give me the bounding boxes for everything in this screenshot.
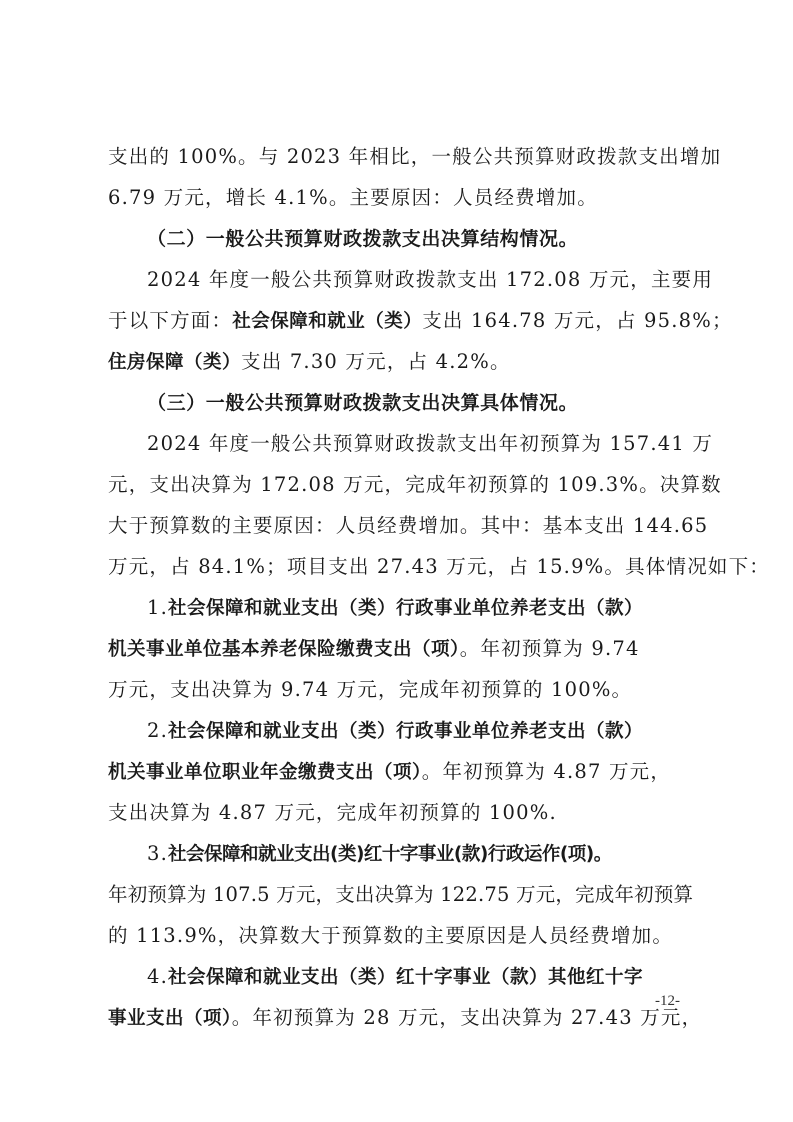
text: 的 113.9%，决算数大于预算数的主要原因是人员经费增加。 xyxy=(108,924,673,947)
text-line: 万元，支出决算为 9.74 万元，完成年初预算的 100%。 xyxy=(108,675,688,705)
bold-text: 社会保障和就业（类） xyxy=(232,311,422,332)
text-line: 万元，占 84.1%；项目支出 27.43 万元，占 15.9%。具体情况如下： xyxy=(108,552,688,582)
bold-text: 事业支出（项） xyxy=(108,1008,232,1029)
text: 元，支出决算为 172.08 万元，完成年初预算的 109.3%。决算数 xyxy=(108,473,722,496)
text: 万元，支出决算为 9.74 万元，完成年初预算的 100%。 xyxy=(108,678,632,701)
text-line: 6.79 万元，增长 4.1%。主要原因：人员经费增加。 xyxy=(108,183,688,213)
text-line: 支出的 100%。与 2023 年相比，一般公共预算财政拨款支出增加 xyxy=(108,142,688,172)
text: 支出的 100%。与 2023 年相比，一般公共预算财政拨款支出增加 xyxy=(108,145,721,168)
bold-text: 社会保障和就业支出（类）行政事业单位养老支出（款） xyxy=(168,598,643,619)
text-line: 于以下方面：社会保障和就业（类）支出 164.78 万元，占 95.8%； xyxy=(108,306,688,336)
text-line: 年初预算为 107.5 万元，支出决算为 122.75 万元，完成年初预算 xyxy=(108,880,688,910)
text: 2024 年度一般公共预算财政拨款支出 172.08 万元，主要用 xyxy=(147,268,713,291)
list-item-2: 2.社会保障和就业支出（类）行政事业单位养老支出（款） xyxy=(108,716,727,746)
text: 万元，占 84.1%；项目支出 27.43 万元，占 15.9%。具体情况如下： xyxy=(108,555,770,578)
text: 。年初预算为 9.74 xyxy=(460,637,640,660)
item-number: 2. xyxy=(147,719,168,742)
bold-text: 机关事业单位基本养老保险缴费支出（项） xyxy=(108,639,460,660)
text-line: 的 113.9%，决算数大于预算数的主要原因是人员经费增加。 xyxy=(108,921,688,951)
text-line: 事业支出（项）。年初预算为 28 万元，支出决算为 27.43 万元， xyxy=(108,1003,688,1033)
text-line: 大于预算数的主要原因：人员经费增加。其中：基本支出 144.65 xyxy=(108,511,688,541)
text: 支出 7.30 万元，占 4.2%。 xyxy=(241,350,511,373)
page-number: -12- xyxy=(655,993,680,1010)
text-line: 2024 年度一般公共预算财政拨款支出 172.08 万元，主要用 xyxy=(108,265,727,295)
section-heading-2: （二）一般公共预算财政拨款支出决算结构情况。 xyxy=(108,224,727,254)
text: 支出决算为 4.87 万元，完成年初预算的 100%. xyxy=(108,801,557,824)
bold-text: 社会保障和就业支出(类)红十字事业(款)行政运作(项)。 xyxy=(168,844,612,865)
text: 大于预算数的主要原因：人员经费增加。其中：基本支出 144.65 xyxy=(108,514,708,537)
bold-text: 社会保障和就业支出（类）行政事业单位养老支出（款） xyxy=(168,721,643,742)
bold-text: 社会保障和就业支出（类）红十字事业（款）其他红十字 xyxy=(168,967,643,988)
heading-text: （二）一般公共预算财政拨款支出决算结构情况。 xyxy=(147,228,578,250)
bold-text: 机关事业单位职业年金缴费支出（项） xyxy=(108,762,422,783)
text-line: 支出决算为 4.87 万元，完成年初预算的 100%. xyxy=(108,798,688,828)
item-number: 4. xyxy=(147,965,168,988)
section-heading-3: （三）一般公共预算财政拨款支出决算具体情况。 xyxy=(108,388,727,418)
bold-text: 住房保障（类） xyxy=(108,352,241,373)
text-line: 机关事业单位基本养老保险缴费支出（项）。年初预算为 9.74 xyxy=(108,634,688,664)
list-item-3: 3.社会保障和就业支出(类)红十字事业(款)行政运作(项)。 xyxy=(108,839,727,869)
text: 年初预算为 107.5 万元，支出决算为 122.75 万元，完成年初预算 xyxy=(108,883,693,906)
list-item-4: 4.社会保障和就业支出（类）红十字事业（款）其他红十字 xyxy=(108,962,727,992)
item-number: 1. xyxy=(147,596,168,619)
list-item-1: 1.社会保障和就业支出（类）行政事业单位养老支出（款） xyxy=(108,593,727,623)
text: 。年初预算为 28 万元，支出决算为 27.43 万元， xyxy=(232,1006,703,1029)
text-line: 2024 年度一般公共预算财政拨款支出年初预算为 157.41 万 xyxy=(108,429,727,459)
text: 支出 164.78 万元，占 95.8%； xyxy=(422,309,732,332)
text-line: 元，支出决算为 172.08 万元，完成年初预算的 109.3%。决算数 xyxy=(108,470,688,500)
heading-text: （三）一般公共预算财政拨款支出决算具体情况。 xyxy=(147,392,578,414)
text: 。年初预算为 4.87 万元， xyxy=(422,760,671,783)
text-line: 机关事业单位职业年金缴费支出（项）。年初预算为 4.87 万元， xyxy=(108,757,688,787)
text: 2024 年度一般公共预算财政拨款支出年初预算为 157.41 万 xyxy=(147,432,713,455)
text: 于以下方面： xyxy=(108,309,232,332)
text-line: 住房保障（类）支出 7.30 万元，占 4.2%。 xyxy=(108,347,688,377)
text: 6.79 万元，增长 4.1%。主要原因：人员经费增加。 xyxy=(108,186,598,209)
item-number: 3. xyxy=(147,842,168,865)
